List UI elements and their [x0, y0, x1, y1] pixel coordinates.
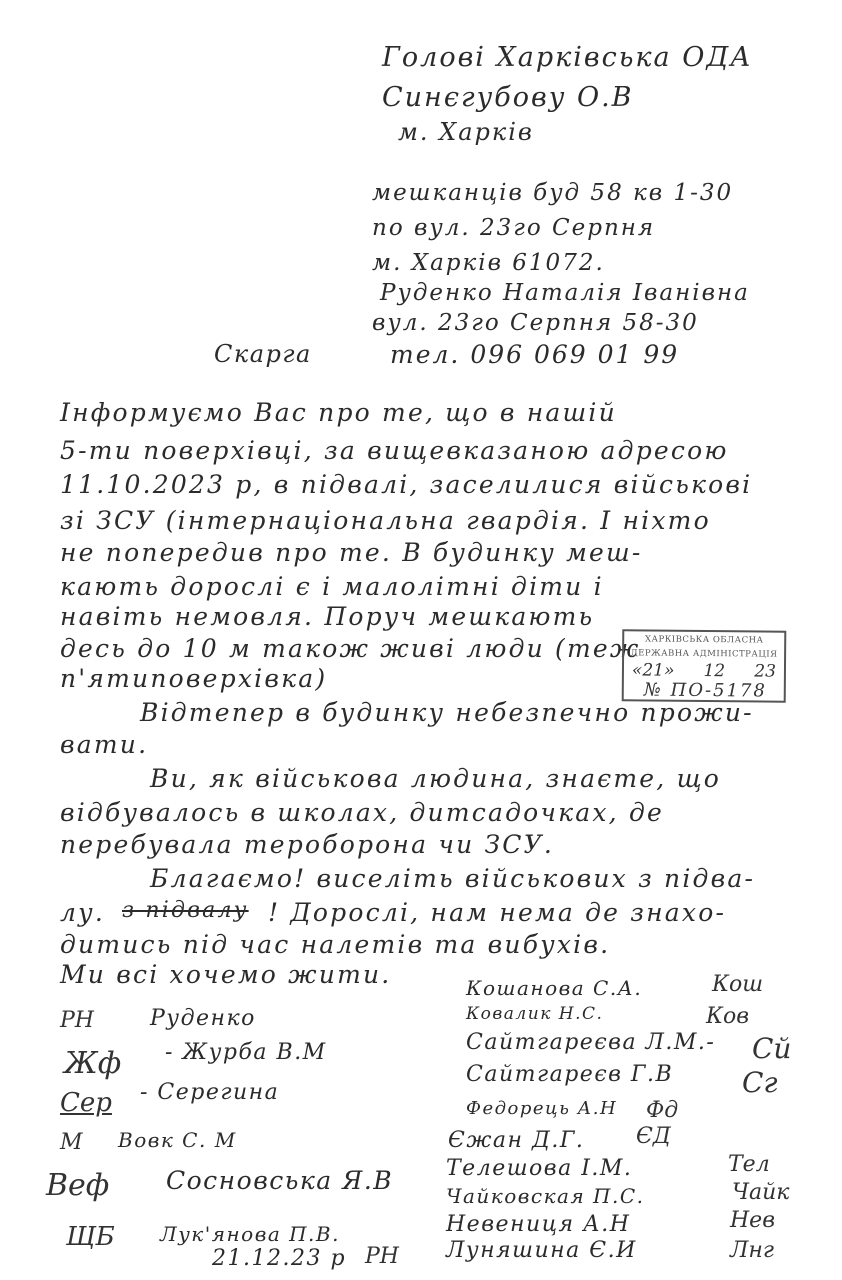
sender-phone: тел. 096 069 01 99 [390, 340, 679, 369]
registration-stamp: ХАРКІВСЬКА ОБЛАСНА ДЕРЖАВНА АДМІНІСТРАЦІ… [622, 629, 787, 702]
signature-mark: ЄД [636, 1124, 671, 1149]
stamp-day: «21» [632, 660, 675, 680]
signatory-name: Лук'янова П.В. [160, 1222, 340, 1246]
signature-mark: Кош [712, 972, 763, 997]
body-line: лу. [60, 898, 105, 927]
stamp-org-line: ДЕРЖАВНА АДМІНІСТРАЦІЯ [624, 648, 784, 660]
body-line: Відтепер в будинку небезпечно прожи- [140, 698, 754, 727]
signatory-name: Луняшина Є.И [446, 1238, 637, 1263]
sender-line: м. Харків 61072. [372, 250, 605, 276]
signature-mark: Жф [64, 1046, 121, 1081]
stamp-date: «21» 12 23 [632, 660, 776, 681]
stamp-number: № ПО-5178 [644, 679, 767, 701]
stamp-year: 23 [754, 661, 776, 681]
addressee-line: Синєгубову О.В [382, 82, 634, 113]
signature-mark: Сй [752, 1032, 791, 1065]
body-line: не попередив про те. В будинку меш- [60, 538, 643, 567]
body-line: Інформуємо Вас про те, що в нашій [60, 398, 617, 427]
signature-mark: РН [60, 1008, 94, 1033]
signature-mark: Тел [728, 1152, 770, 1177]
body-line: десь до 10 м також живі люди (теж [60, 634, 641, 663]
signatory-name: Сосновська Я.В [166, 1166, 393, 1195]
body-line: Ви, як військова людина, знаєте, що [150, 764, 721, 793]
signatory-name: - Серегина [140, 1080, 279, 1105]
signature-mark: М [60, 1130, 83, 1155]
body-line: п'ятиповерхівка) [60, 664, 327, 693]
signature-mark: Сер [60, 1088, 112, 1118]
body-line: кають дорослі є і малолітні діти і [60, 572, 604, 601]
body-line: ! Дорослі, нам нема де знахо- [268, 898, 726, 927]
signatory-name: Ковалик Н.С. [466, 1004, 603, 1024]
signatory-name: - Журба В.М [165, 1040, 327, 1065]
complaint-document: Голові Харківська ОДА Синєгубову О.В м. … [0, 0, 842, 1280]
body-line: Ми всі хочемо жити. [60, 960, 391, 989]
body-line: вати. [60, 730, 148, 759]
sender-name: Руденко Наталія Іванівна [380, 280, 750, 306]
signature-mark: Чайк [732, 1180, 789, 1205]
sender-line: мешканців буд 58 кв 1-30 [372, 180, 733, 206]
signature-mark: Веф [46, 1168, 109, 1203]
signatory-name: Федорець А.Н [466, 1098, 617, 1119]
sender-line: вул. 23го Серпня 58-30 [372, 310, 699, 336]
signatory-name: Чайковская П.С. [446, 1184, 645, 1208]
signature-mark: Нев [730, 1208, 775, 1233]
signature-mark: Фд [646, 1098, 678, 1123]
body-line: перебувала тероборона чи ЗСУ. [60, 830, 554, 859]
signatory-name: Сайтгареєва Л.М.- [466, 1030, 715, 1055]
signatory-name: Єжан Д.Г. [448, 1128, 584, 1153]
body-line: Благаємо! виселіть військових з підва- [150, 864, 755, 893]
signing-date: 21.12.23 р [212, 1246, 346, 1271]
signatory-name: Руденко [150, 1006, 256, 1031]
document-title: Скарга [214, 340, 312, 368]
addressee-line: Голові Харківська ОДА [382, 42, 753, 73]
body-line: відбувалось в школах, дитсадочках, де [60, 798, 664, 827]
body-line: зі ЗСУ (інтернаціональна гвардія. І ніхт… [60, 506, 711, 535]
body-line: дитись під час налетів та вибухів. [60, 930, 610, 959]
body-line: 11.10.2023 р, в підвалі, заселилися війс… [60, 470, 752, 499]
sender-line: по вул. 23го Серпня [372, 215, 655, 241]
signature-mark: Лнг [730, 1238, 774, 1263]
signature-mark: РН [365, 1244, 399, 1269]
body-line: 5-ти поверхівці, за вищевказаною адресою [60, 436, 729, 465]
signatory-name: Телешова І.М. [446, 1156, 632, 1181]
addressee-line: м. Харків [398, 118, 534, 146]
signature-mark: Сг [742, 1066, 778, 1099]
signatory-name: Невениця А.Н [446, 1212, 630, 1237]
stamp-org-line: ХАРКІВСЬКА ОБЛАСНА [624, 634, 784, 646]
signatory-name: Вовк С. М [118, 1128, 237, 1152]
signature-mark: ЩБ [66, 1222, 115, 1252]
signatory-name: Кошанова С.А. [466, 976, 642, 1000]
body-line: навіть немовля. Поруч мешкають [60, 602, 594, 631]
struck-out-text: з підвалу [122, 898, 249, 923]
stamp-month: 12 [703, 661, 725, 681]
signature-mark: Ков [706, 1004, 749, 1029]
signatory-name: Сайтгареєв Г.В [466, 1062, 673, 1087]
